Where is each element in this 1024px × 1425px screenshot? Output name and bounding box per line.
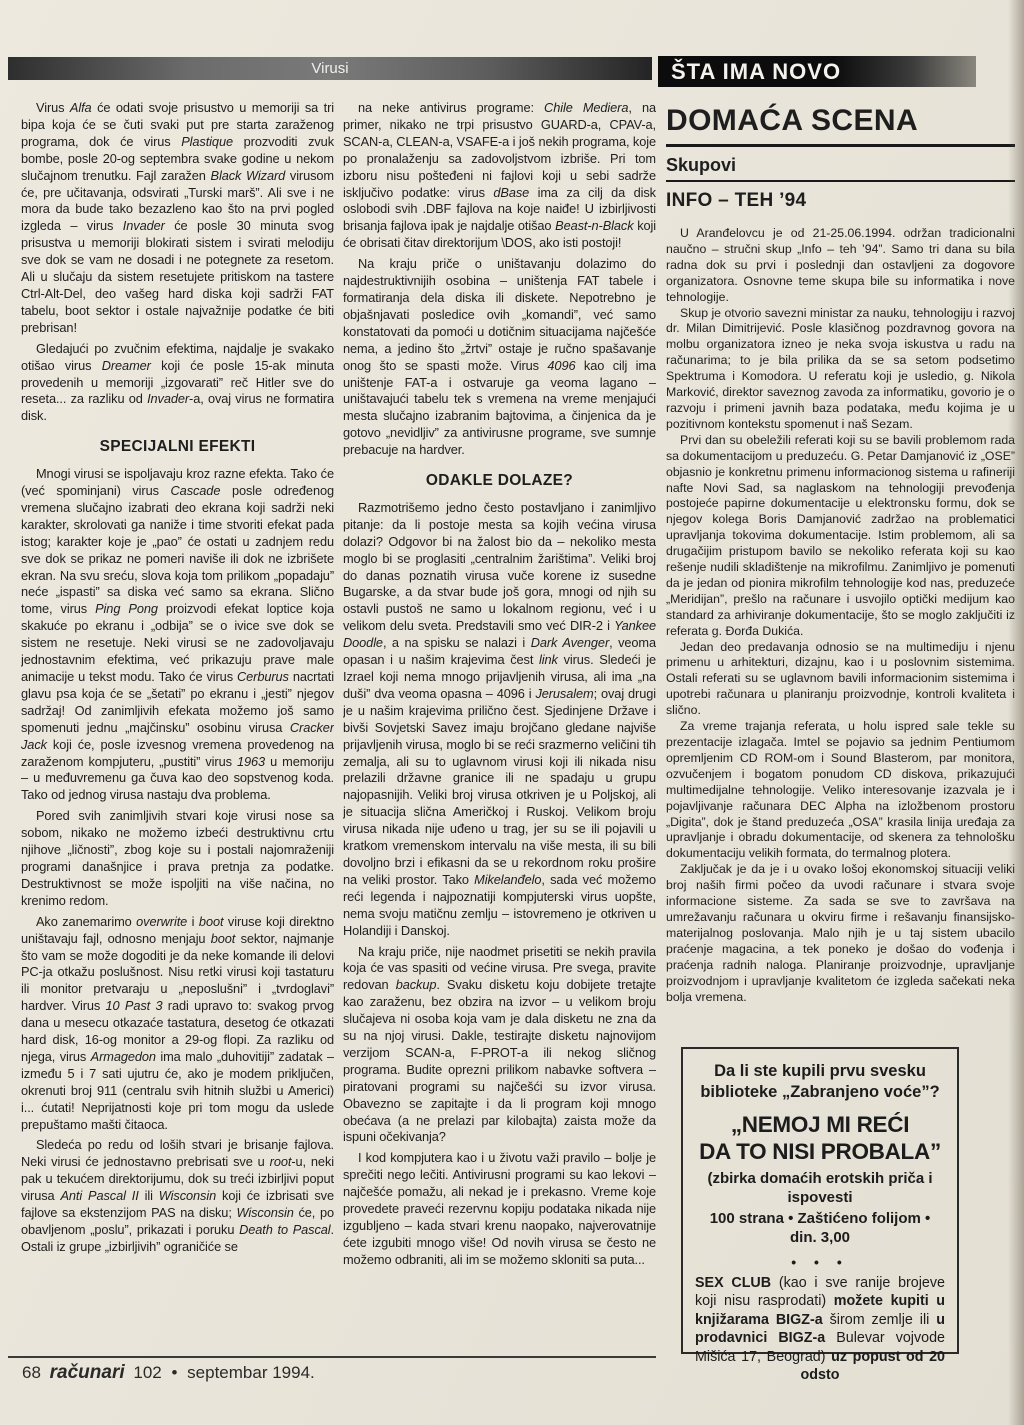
- paragraph: U Aranđelovcu je od 21-25.06.1994. održa…: [666, 226, 1015, 306]
- text-run: SEX CLUB: [695, 1275, 771, 1291]
- text-run: Pored svih zanimljivih stvari koje virus…: [21, 808, 334, 908]
- ad-intro-line-2: biblioteke „Zabranjeno voće”?: [692, 1082, 948, 1103]
- text-run: Beast-n-Black: [555, 218, 633, 233]
- text-run: 1963: [237, 754, 265, 769]
- text-run: će posle 30 minuta svog prisustva u memo…: [21, 218, 334, 334]
- ad-info-line-1: 100 strana • Zaštićeno folijom •: [692, 1209, 948, 1228]
- sidebar-section-title: DOMAĆA SCENA: [666, 104, 1015, 147]
- text-run: Ping Pong: [95, 601, 158, 616]
- text-run: I kod kompjutera kao i u životu važi pra…: [343, 1150, 656, 1266]
- text-run: Ako zanemarimo: [36, 914, 136, 929]
- magazine-logo: računari: [50, 1362, 125, 1383]
- paragraph: Virus Alfa će odati svoje prisustvo u me…: [21, 100, 334, 337]
- text-run: na neke antivirus programe:: [358, 100, 544, 115]
- text-run: Jerusalem: [535, 686, 593, 701]
- page-number: 68: [22, 1363, 41, 1382]
- text-run: , a na spisku se nalazi i: [383, 635, 531, 650]
- sidebar-body: U Aranđelovcu je od 21-25.06.1994. održa…: [666, 226, 1015, 1028]
- footer-rule: [8, 1356, 656, 1358]
- book-advertisement: Da li ste kupili prvu svesku biblioteke …: [681, 1047, 959, 1354]
- paragraph: Pored svih zanimljivih stvari koje virus…: [21, 808, 334, 909]
- text-run: Dreamer: [102, 358, 151, 373]
- ad-subtitle-line-1: (zbirka domaćih erotskih priča i: [692, 1169, 948, 1188]
- text-run: Razmotrišemo jedno često postavljano i z…: [343, 500, 656, 633]
- ad-info-line-2: din. 3,00: [692, 1228, 948, 1247]
- paragraph: Zaključak je da je i u ovako lošoj ekono…: [666, 862, 1015, 1005]
- paragraph: Prvi dan su obeležili referati koji su s…: [666, 433, 1015, 640]
- ad-body: SEX CLUB (kao i sve ranije brojeve koji …: [692, 1274, 948, 1384]
- text-run: Wisconsin: [236, 1205, 293, 1220]
- paragraph: Sledeća po redu od loših stvari je brisa…: [21, 1137, 334, 1255]
- text-run: Invader: [147, 391, 189, 406]
- paragraph: Jedan deo predavanja odnosio se na multi…: [666, 640, 1015, 720]
- issue-date: septembar 1994.: [187, 1363, 315, 1382]
- text-run: Zaključak je da je i u ovako lošoj ekono…: [666, 862, 1015, 1003]
- text-run: overwrite: [136, 914, 187, 929]
- text-run: backup: [396, 977, 437, 992]
- paragraph: Za vreme trajanja referata, u holu ispre…: [666, 719, 1015, 862]
- paragraph: Gledajući po zvučnim efektima, najdalje …: [21, 341, 334, 426]
- news-section-label: ŠTA IMA NOVO: [671, 59, 841, 84]
- paragraph: Ako zanemarimo overwrite i boot viruse k…: [21, 914, 334, 1134]
- text-run: Prvi dan su obeležili referati koji su s…: [666, 433, 1015, 638]
- text-run: Wisconsin: [159, 1188, 216, 1203]
- text-run: Anti Pascal II: [60, 1188, 138, 1203]
- sidebar-event-title: INFO – TEH ’94: [666, 190, 1015, 212]
- sidebar: DOMAĆA SCENA Skupovi INFO – TEH ’94 U Ar…: [666, 100, 1015, 1028]
- text-run: posle određenog vremena slučajno izabrat…: [21, 483, 334, 616]
- text-run: Armagedon: [91, 1049, 156, 1064]
- page-footer: 68 računari 102 • septembar 1994.: [22, 1362, 315, 1384]
- text-run: boot: [211, 931, 236, 946]
- text-run: Jedan deo predavanja odnosio se na multi…: [666, 640, 1015, 718]
- paragraph: I kod kompjutera kao i u životu važi pra…: [343, 1150, 656, 1268]
- text-run: Za vreme trajanja referata, u holu ispre…: [666, 719, 1015, 860]
- footer-separator: •: [171, 1363, 177, 1382]
- sidebar-subsection-title: Skupovi: [666, 155, 1015, 182]
- text-run: . Svaku disketu koju dobijete tretajte k…: [343, 977, 656, 1144]
- section-heading: ODAKLE DOLAZE?: [343, 473, 656, 490]
- text-run: Cascade: [171, 483, 221, 498]
- text-run: boot: [199, 914, 224, 929]
- ad-title-line-1: „NEMOJ MI REĆI: [692, 1111, 948, 1138]
- text-run: Cerburus: [237, 669, 289, 684]
- article-column-1: Virus Alfa će odati svoje prisustvo u me…: [21, 100, 334, 1352]
- text-run: Na kraju priče o uništavanju dolazimo do…: [343, 256, 656, 372]
- issue-number: 102: [133, 1363, 161, 1382]
- article-column-2: na neke antivirus programe: Chile Medier…: [343, 100, 656, 1352]
- text-run: U Aranđelovcu je od 21-25.06.1994. održa…: [666, 226, 1015, 304]
- text-run: Chile Mediera: [544, 100, 628, 115]
- paragraph: Skup je otvorio savezni ministar za nauk…: [666, 306, 1015, 433]
- section-heading: SPECIJALNI EFEKTI: [21, 439, 334, 456]
- magazine-page: Virusi ŠTA IMA NOVO Virus Alfa će odati …: [0, 0, 1024, 1425]
- text-run: Skup je otvorio savezni ministar za nauk…: [666, 306, 1015, 431]
- text-run: dBase: [493, 185, 529, 200]
- text-run: ili: [139, 1188, 159, 1203]
- paragraph: SEX CLUB (kao i sve ranije brojeve koji …: [695, 1274, 945, 1384]
- ad-subtitle-line-2: ispovesti: [692, 1188, 948, 1207]
- article-section-label: Virusi: [311, 60, 348, 77]
- text-run: ; ovaj drugi je u našim krajevima prilič…: [343, 686, 656, 887]
- paragraph: Na kraju priče o uništavanju dolazimo do…: [343, 256, 656, 459]
- text-run: root: [270, 1154, 292, 1169]
- ad-intro-line-1: Da li ste kupili prvu svesku: [692, 1061, 948, 1082]
- text-run: Alfa: [70, 100, 92, 115]
- text-run: Death to Pascal: [239, 1222, 330, 1237]
- ad-divider-dots: • • •: [692, 1254, 948, 1270]
- text-run: Invader: [123, 218, 165, 233]
- text-run: Plastique: [181, 134, 233, 149]
- text-run: 10 Past 3: [106, 998, 163, 1013]
- text-run: Dark Avenger: [531, 635, 609, 650]
- text-run: link: [539, 652, 558, 667]
- news-section-banner: ŠTA IMA NOVO: [658, 56, 976, 87]
- paragraph: Razmotrišemo jedno često postavljano i z…: [343, 500, 656, 940]
- text-run: i: [187, 914, 199, 929]
- text-run: 4096: [547, 358, 575, 373]
- ad-title-line-2: DA TO NISI PROBALA”: [692, 1138, 948, 1165]
- paragraph: Na kraju priče, nije naodmet prisetiti s…: [343, 944, 656, 1147]
- article-section-banner: Virusi: [8, 57, 652, 80]
- paragraph: na neke antivirus programe: Chile Medier…: [343, 100, 656, 252]
- text-run: širom zemlje ili: [823, 1312, 937, 1328]
- text-run: Virus: [36, 100, 70, 115]
- page-edge-shadow: [1008, 0, 1024, 1425]
- text-run: Black Wizard: [211, 168, 286, 183]
- paragraph: Mnogi virusi se ispoljavaju kroz razne e…: [21, 466, 334, 804]
- text-run: Mikelanđelo: [474, 872, 541, 887]
